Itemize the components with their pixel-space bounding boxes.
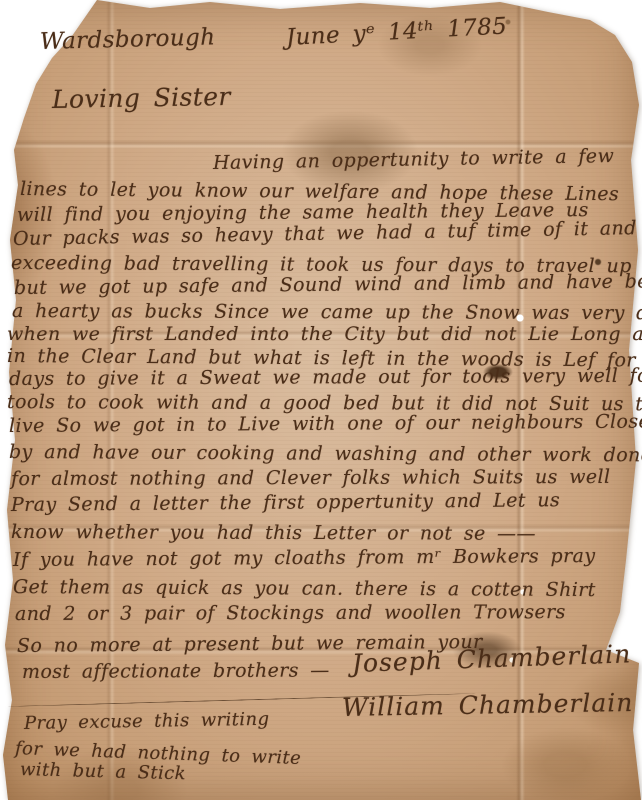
- letter-line: when we first Landed into the City but d…: [7, 324, 642, 345]
- postscript-line: Pray excuse this writing: [24, 710, 270, 734]
- letter-line: Get them as quick as you can. there is a…: [13, 577, 596, 601]
- letter-line: most affectionate brothers —: [22, 660, 330, 683]
- signature-william-chamberlain: William Chamberlain: [342, 689, 634, 722]
- letter-line: by and have our cooking and washing and …: [9, 442, 642, 466]
- letter-line: live So we got in to Live with one of ou…: [9, 412, 642, 437]
- letter-salutation: Loving Sister: [52, 83, 231, 114]
- letter-scan: Wardsborough June yᵉ 14ᵗʰ 1785 Loving Si…: [0, 0, 642, 800]
- postscript-line: with but a Stick: [20, 760, 186, 784]
- letter-line: days to give it a Sweat we made out for …: [9, 365, 642, 389]
- letter-place: Wardsborough: [40, 25, 216, 55]
- letter-line: for almost nothing and Clever folks whic…: [11, 467, 611, 490]
- letter-line: and 2 or 3 pair of Stockings and woollen…: [15, 602, 566, 625]
- letter-line: know whether you had this Letter or not …: [11, 522, 536, 545]
- letter-line: a hearty as bucks Since we came up the S…: [12, 301, 642, 324]
- letter-line: If you have not got my cloaths from mʳ B…: [13, 546, 596, 571]
